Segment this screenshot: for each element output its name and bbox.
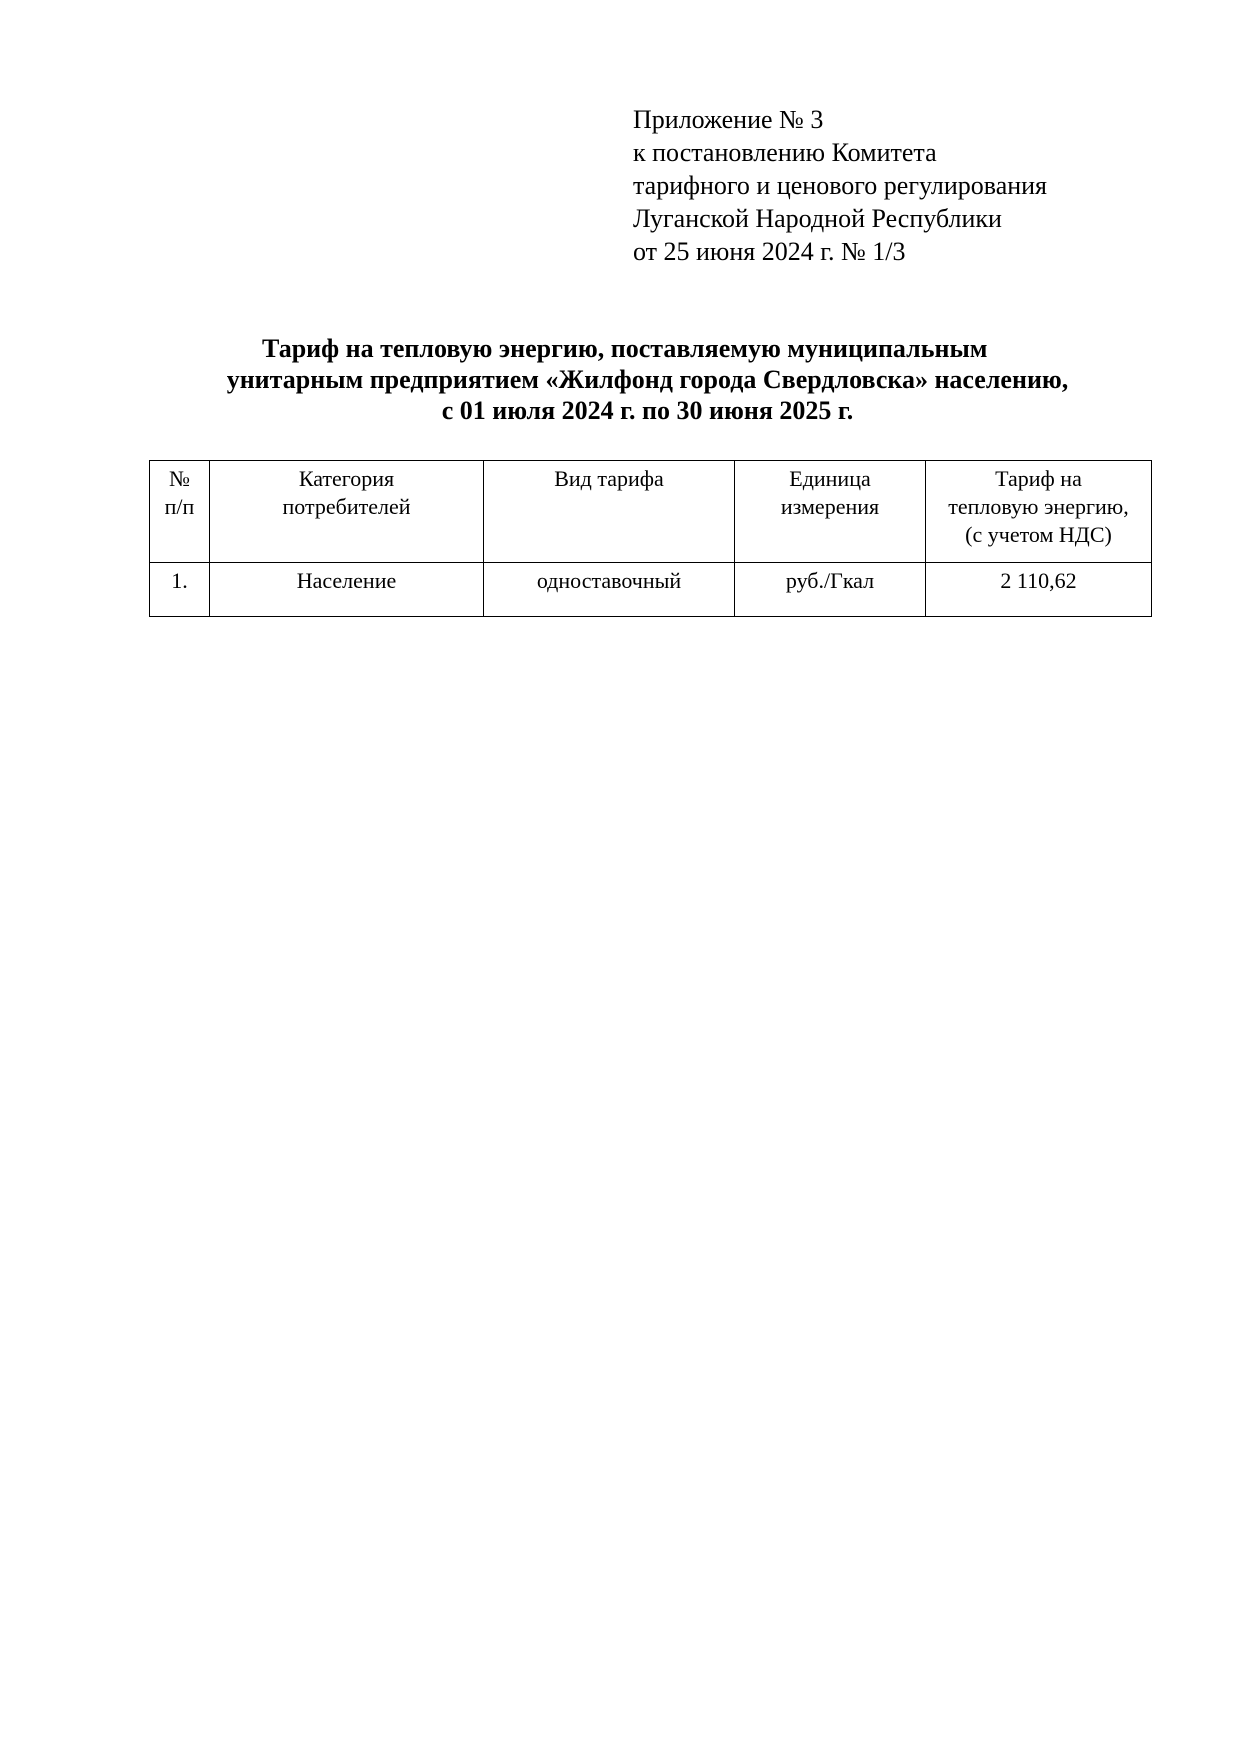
- title-line: Тариф на тепловую энергию, поставляемую …: [149, 333, 1146, 364]
- cell-category: Население: [210, 563, 484, 617]
- title-line: унитарным предприятием «Жилфонд города С…: [149, 364, 1146, 395]
- appendix-line: тарифного и ценового регулирования: [633, 169, 1047, 202]
- header-text: Вид тарифа: [486, 465, 732, 493]
- tariff-table: № п/п Категория потребителей Вид тарифа …: [149, 460, 1152, 617]
- header-text: п/п: [152, 493, 207, 521]
- document-title: Тариф на тепловую энергию, поставляемую …: [149, 333, 1146, 426]
- header-tariff-type: Вид тарифа: [484, 461, 735, 563]
- appendix-line: от 25 июня 2024 г. № 1/3: [633, 235, 1047, 268]
- appendix-header: Приложение № 3 к постановлению Комитета …: [633, 103, 1047, 268]
- header-text: №: [152, 465, 207, 493]
- header-text: измерения: [737, 493, 923, 521]
- header-text: Единица: [737, 465, 923, 493]
- cell-tariff-type: одноставочный: [484, 563, 735, 617]
- header-text: тепловую энергию,: [928, 493, 1149, 521]
- header-text: (с учетом НДС): [928, 521, 1149, 549]
- appendix-line: к постановлению Комитета: [633, 136, 1047, 169]
- cell-tariff-value: 2 110,62: [926, 563, 1152, 617]
- header-text: потребителей: [212, 493, 481, 521]
- header-category: Категория потребителей: [210, 461, 484, 563]
- title-line: с 01 июля 2024 г. по 30 июня 2025 г.: [149, 395, 1146, 426]
- header-text: Категория: [212, 465, 481, 493]
- header-unit: Единица измерения: [735, 461, 926, 563]
- cell-number: 1.: [150, 563, 210, 617]
- cell-unit: руб./Гкал: [735, 563, 926, 617]
- appendix-line: Луганской Народной Республики: [633, 202, 1047, 235]
- table-header-row: № п/п Категория потребителей Вид тарифа …: [150, 461, 1152, 563]
- appendix-line: Приложение № 3: [633, 103, 1047, 136]
- header-tariff-value: Тариф на тепловую энергию, (с учетом НДС…: [926, 461, 1152, 563]
- table-row: 1. Население одноставочный руб./Гкал 2 1…: [150, 563, 1152, 617]
- header-number: № п/п: [150, 461, 210, 563]
- header-text: Тариф на: [928, 465, 1149, 493]
